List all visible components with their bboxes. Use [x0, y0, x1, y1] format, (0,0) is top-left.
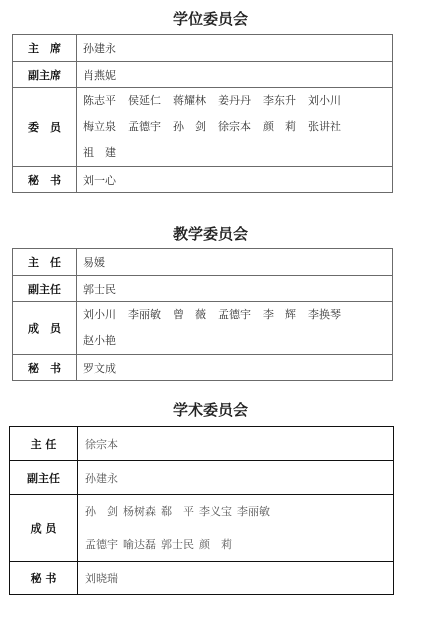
table-row: 委 员 陈志平侯延仁蒋耀林姜丹丹李东升刘小川 梅立泉孟德宇孙 剑徐宗本颜 莉张讲…	[13, 88, 393, 167]
member-names: 孙建永	[78, 461, 394, 495]
table-row: 副主席 肖燕妮	[13, 62, 393, 88]
member-names: 肖燕妮	[77, 62, 393, 88]
member-name: 罗文成	[83, 360, 116, 376]
member-names: 罗文成	[77, 355, 393, 381]
member-names: 刘小川李丽敏曾 薇孟德宇李 辉李换琴 赵小艳	[77, 302, 393, 355]
member-names: 刘晓瑞	[78, 562, 394, 595]
role-label: 秘 书	[13, 355, 77, 381]
member-name: 侯延仁	[128, 88, 161, 114]
member-names: 易媛	[77, 249, 393, 276]
table-row: 秘 书 罗文成	[13, 355, 393, 381]
role-label: 委 员	[13, 88, 77, 167]
member-name: 徐宗本	[218, 114, 251, 140]
role-label: 主 席	[13, 35, 77, 62]
role-label: 秘 书	[10, 562, 78, 595]
role-label: 主 任	[10, 427, 78, 461]
member-name: 孙建永	[83, 40, 116, 56]
member-name: 郗 平	[161, 495, 194, 528]
member-name: 孙建永	[85, 470, 118, 486]
member-name: 姜丹丹	[218, 88, 251, 114]
committee-title-degree: 学位委员会	[0, 8, 421, 29]
member-name: 曾 薇	[173, 302, 206, 328]
member-name: 孙 剑	[85, 495, 118, 528]
table-row: 主 任 易媛	[13, 249, 393, 276]
committee-title-academic: 学术委员会	[0, 399, 421, 420]
member-name: 梅立泉	[83, 114, 116, 140]
member-name: 颜 莉	[199, 528, 232, 561]
member-name: 张讲社	[308, 114, 341, 140]
member-name: 刘小川	[308, 88, 341, 114]
member-name: 孟德宇	[218, 302, 251, 328]
committee-title-teaching: 教学委员会	[0, 223, 421, 244]
member-name: 李丽敏	[128, 302, 161, 328]
member-names: 徐宗本	[78, 427, 394, 461]
member-names: 陈志平侯延仁蒋耀林姜丹丹李东升刘小川 梅立泉孟德宇孙 剑徐宗本颜 莉张讲社 祖 …	[77, 88, 393, 167]
table-row: 副主任 郭士民	[13, 276, 393, 302]
role-label: 副主任	[13, 276, 77, 302]
table-row: 秘 书 刘晓瑞	[10, 562, 394, 595]
member-name: 孟德宇	[128, 114, 161, 140]
degree-committee-table: 主 席 孙建永 副主席 肖燕妮 委 员 陈志平侯延仁蒋耀林姜丹丹李东升刘小川 梅…	[12, 34, 393, 193]
member-names: 孙建永	[77, 35, 393, 62]
table-row: 成 员 刘小川李丽敏曾 薇孟德宇李 辉李换琴 赵小艳	[13, 302, 393, 355]
table-row: 成 员 孙 剑杨树森郗 平李义宝李丽敏 孟德宇喻达磊郭士民颜 莉	[10, 495, 394, 562]
table-row: 主 席 孙建永	[13, 35, 393, 62]
member-name: 刘一心	[83, 172, 116, 188]
table-row: 主 任 徐宗本	[10, 427, 394, 461]
member-names: 孙 剑杨树森郗 平李义宝李丽敏 孟德宇喻达磊郭士民颜 莉	[78, 495, 394, 562]
member-name: 郭士民	[83, 281, 116, 297]
role-label: 成 员	[13, 302, 77, 355]
member-name: 李换琴	[308, 302, 341, 328]
member-name: 孟德宇	[85, 528, 118, 561]
role-label: 副主任	[10, 461, 78, 495]
member-name: 肖燕妮	[83, 67, 116, 83]
member-name: 易媛	[83, 254, 105, 270]
member-names: 郭士民	[77, 276, 393, 302]
member-name: 李义宝	[199, 495, 232, 528]
role-label: 主 任	[13, 249, 77, 276]
member-name: 祖 建	[83, 140, 116, 166]
member-name: 颜 莉	[263, 114, 296, 140]
member-name: 李丽敏	[237, 495, 270, 528]
member-name: 徐宗本	[85, 436, 118, 452]
member-name: 刘小川	[83, 302, 116, 328]
member-names: 刘一心	[77, 167, 393, 193]
role-label: 副主席	[13, 62, 77, 88]
teaching-committee-table: 主 任 易媛 副主任 郭士民 成 员 刘小川李丽敏曾 薇孟德宇李 辉李换琴 赵小…	[12, 248, 393, 381]
member-name: 蒋耀林	[173, 88, 206, 114]
member-name: 刘晓瑞	[85, 570, 118, 586]
member-name: 喻达磊	[123, 528, 156, 561]
member-name: 李东升	[263, 88, 296, 114]
member-name: 郭士民	[161, 528, 194, 561]
table-row: 秘 书 刘一心	[13, 167, 393, 193]
member-name: 孙 剑	[173, 114, 206, 140]
member-name: 李 辉	[263, 302, 296, 328]
role-label: 秘 书	[13, 167, 77, 193]
member-name: 赵小艳	[83, 328, 116, 354]
academic-committee-table: 主 任 徐宗本 副主任 孙建永 成 员 孙 剑杨树森郗 平李义宝李丽敏 孟德宇喻…	[9, 426, 394, 595]
role-label: 成 员	[10, 495, 78, 562]
table-row: 副主任 孙建永	[10, 461, 394, 495]
member-name: 陈志平	[83, 88, 116, 114]
member-name: 杨树森	[123, 495, 156, 528]
